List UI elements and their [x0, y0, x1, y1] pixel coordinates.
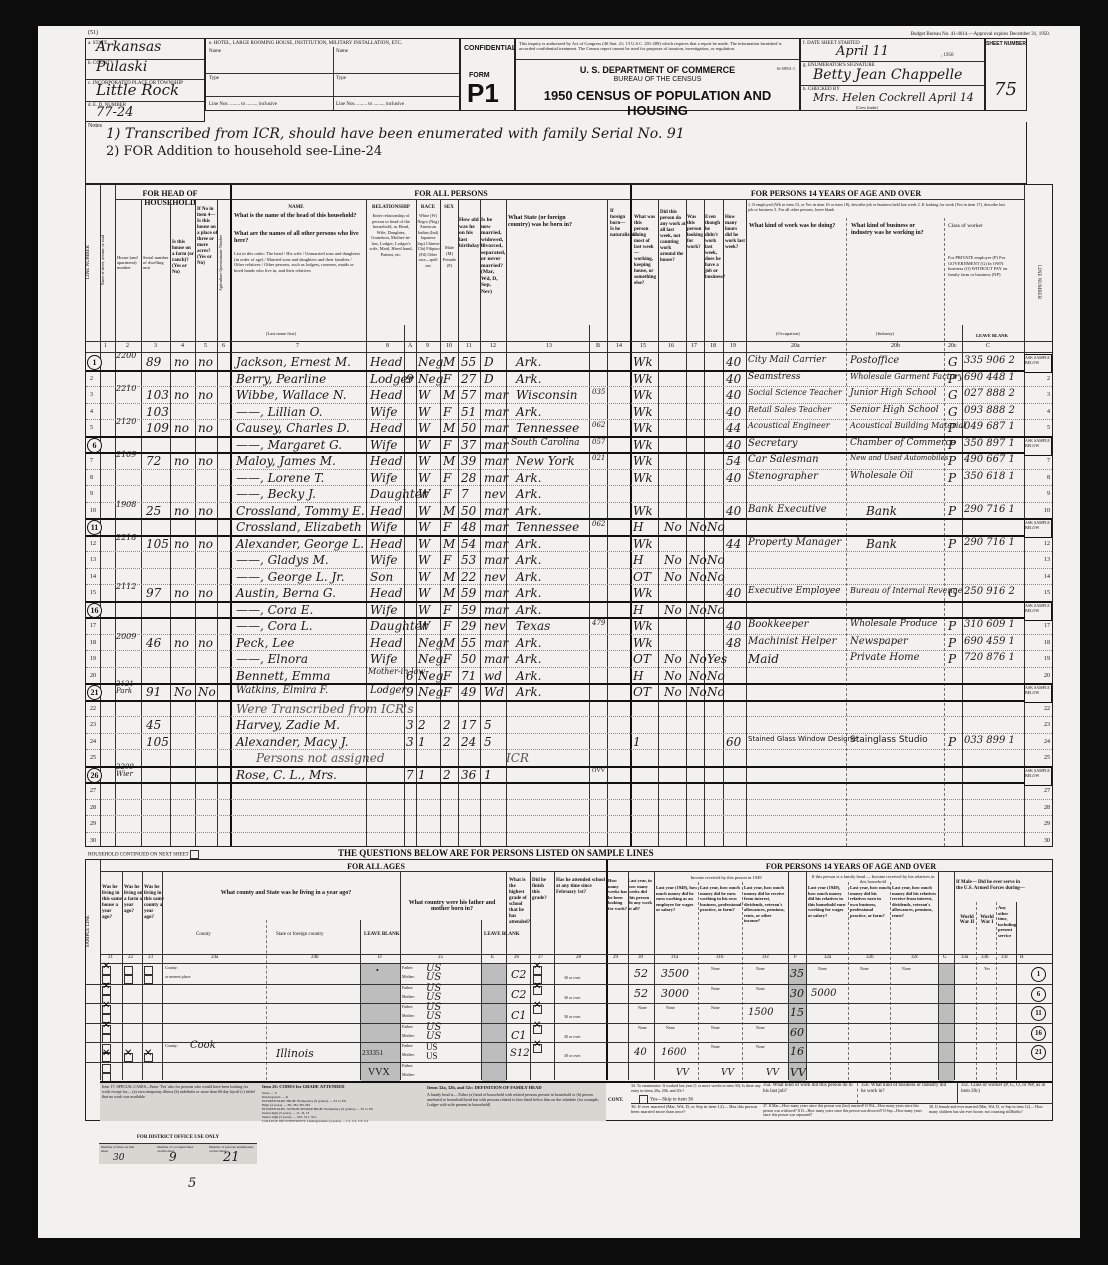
q21-yes-checkbox[interactable]: [102, 966, 111, 975]
family-head-def-box: Items 32a, 32b, and 32c: DEFINITION OF F…: [423, 1083, 606, 1121]
county-value: Cook: [190, 1040, 216, 1051]
q21-yes-checkbox[interactable]: [102, 1064, 111, 1073]
occupied-lines: 9: [169, 1150, 177, 1164]
sample-line-marker: 1: [87, 355, 102, 370]
note-line-1: 1) Transcribed from ICR, should have bee…: [106, 126, 685, 142]
rows-body: 1 2200 89 no no Jackson, Ernest M. Head …: [86, 353, 1052, 848]
household-continued-checkbox[interactable]: [190, 850, 199, 859]
table-row: 23 45 Harvey, Zadie M. 3 2 2 17 5 23: [86, 716, 1052, 734]
checked-by: Mrs. Helen Cockrell April 14: [813, 91, 974, 104]
table-row: 2 Berry, Pearline Lodger 9 Neg F 27 D Ar…: [86, 370, 1052, 388]
sheet-number: 75: [994, 79, 1017, 100]
table-row: 9 ——, Becky J. Daughter W F 7 nev Ark. 9: [86, 485, 1052, 503]
bureau: BUREAU OF THE CENSUS: [516, 76, 799, 83]
enumerator-signature: Betty Jean Chappelle: [813, 67, 962, 83]
q23-yes-checkbox[interactable]: [144, 966, 153, 975]
title-block: This inquiry is authorized by Act of Con…: [515, 38, 800, 111]
table-row: 19 ——, Elnora Wife Neg F 50 mar Ark. OT …: [86, 650, 1052, 668]
special-cases-box: Item 17: SPECIAL CASES—Enter 'Yes' also …: [100, 1083, 258, 1121]
sample-row: 11 Father: US Mother: US C1 30 or over N…: [86, 1003, 1052, 1024]
state-value: Arkansas: [96, 39, 161, 55]
q27-yes-checkbox[interactable]: [533, 1044, 542, 1053]
table-row: 13 ——, Gladys M. Wife W F 53 mar Ark. H …: [86, 551, 1052, 569]
sample-line-marker: 1: [1031, 967, 1046, 982]
household-continued: HOUSEHOLD CONTINUED ON NEXT SHEET: [88, 850, 201, 859]
confidential-label: CONFIDENTIAL: [464, 45, 516, 52]
sample-row: VVX Father: Mother: VV VV VV VV: [86, 1062, 1052, 1082]
grade-codes-box: Item 26: CODES for GRADE ATTENDED None —…: [258, 1083, 423, 1121]
sample-line-marker: 21: [87, 685, 102, 700]
sample-line-marker: 16: [1031, 1026, 1046, 1041]
census-sheet: (51) Budget Bureau No. 41-4614.—Approval…: [38, 26, 1080, 1238]
state-value: Illinois: [276, 1047, 314, 1060]
table-row: 7 2109 72 no no Maloy, James M. Head W M…: [86, 452, 1052, 470]
enumeration-block: f. DATE SHEET STARTED April 11 , 1950 g.…: [800, 38, 985, 111]
header-persons-14: FOR PERSONS 14 YEARS OF AGE AND OVER: [646, 189, 1026, 198]
grade-code-list: None — 0 Kindergarten — K ELEMENTARY, HI…: [262, 1091, 420, 1123]
tally-mark: 5: [188, 1176, 196, 1191]
table-row: 28 28: [86, 799, 1052, 817]
table-row: 22 Were Transcribed from ICR's 22: [86, 700, 1052, 718]
form-prefix: (51): [88, 30, 98, 37]
sample-row: 1 County: or nearest place: • Father: US…: [86, 964, 1052, 985]
notes-block: Notes 1) Transcribed from ICR, should ha…: [85, 122, 1027, 184]
sheet-number-block: SHEET NUMBER 75: [985, 38, 1027, 111]
q27-yes-checkbox[interactable]: [533, 966, 542, 975]
form-code: P1: [467, 79, 499, 107]
table-row: 27 27: [86, 782, 1052, 800]
person-name: Jackson, Ernest M.: [236, 355, 351, 369]
table-row: 18 2009 46 no no Peck, Lee Head Neg M 55…: [86, 634, 1052, 652]
table-row: 14 ——, George L. Jr. Son W M 22 nev Ark.…: [86, 568, 1052, 586]
sample-row: 21 County: Cook Illinois 233351 Father: …: [86, 1042, 1052, 1063]
note-line-2: 2) FOR Addition to household see-Line-24: [106, 144, 382, 159]
table-row: 3 2210 103 no no Wibbe, Wallace N. Head …: [86, 386, 1052, 404]
table-row: 30 30: [86, 832, 1052, 849]
sample-lines-title: THE QUESTIONS BELOW ARE FOR PERSONS LIST…: [338, 848, 654, 858]
table-row: 8 ——, Lorene T. Wife W F 28 mar Ark. Wk …: [86, 469, 1052, 487]
q21-yes-checkbox[interactable]: [102, 1005, 111, 1014]
persons-enumerated: 21: [223, 1150, 240, 1165]
q27-yes-checkbox[interactable]: [533, 1005, 542, 1014]
q27-yes-checkbox[interactable]: [533, 1025, 542, 1034]
place-value: Little Rock: [96, 81, 179, 99]
q27-yes-checkbox[interactable]: [533, 986, 542, 995]
hotel-block: e. HOTEL, LARGE ROOMING HOUSE, INSTITUTI…: [205, 38, 460, 111]
budget-note: Budget Bureau No. 41-4614.—Approval expi…: [911, 31, 1050, 38]
table-row: 29 29: [86, 815, 1052, 833]
sample-row: 6 Father: US Mother: US C2 30 or over 52…: [86, 984, 1052, 1005]
department: U. S. DEPARTMENT OF COMMERCE: [516, 65, 799, 75]
q22-yes-checkbox[interactable]: [124, 966, 133, 975]
form-title: 1950 CENSUS OF POPULATION AND HOUSING: [516, 88, 799, 118]
table-row: 24 105 Alexander, Macy J. 3 1 2 24 5 1 6…: [86, 733, 1052, 751]
sample-line-marker: 6: [87, 438, 102, 453]
table-row: 12 2218 105 no no Alexander, George L. H…: [86, 535, 1052, 553]
sample-rows: 1 County: or nearest place: • Father: US…: [86, 964, 1052, 1081]
sample-line-marker: 11: [1031, 1006, 1046, 1021]
main-table: FOR HEAD OF HOUSEHOLD FOR ALL PERSONS FO…: [85, 184, 1053, 847]
sample-line-marker: 6: [1031, 987, 1046, 1002]
sample-table: FOR ALL AGES FOR PERSONS 14 YEARS OF AGE…: [85, 859, 1053, 1121]
sample-line-marker: 26: [87, 768, 102, 783]
q21-yes-checkbox[interactable]: [102, 986, 111, 995]
form-id-block: CONFIDENTIAL FORM P1: [460, 38, 515, 111]
sample-line-marker: 16: [87, 603, 102, 618]
table-row: 4 103 ——, Lillian O. Wife W F 51 mar Ark…: [86, 403, 1052, 421]
location-block: a. STATE Arkansas b. COUNTY Pulaski c. I…: [85, 38, 205, 122]
ed-number: 77-24: [96, 105, 133, 120]
followup-questions: 34. To enumerator: If worked last year (…: [631, 1083, 1053, 1122]
header-all-persons: FOR ALL PERSONS: [286, 189, 616, 198]
lines-on-sheet: 30: [113, 1153, 124, 1163]
table-row: 17 ——, Cora L. Daughter W F 29 nev Texas…: [86, 617, 1052, 635]
authorization-text: This inquiry is authorized by Act of Con…: [519, 41, 789, 51]
sample-row: 16 Father: US Mother: US C1 30 or over N…: [86, 1023, 1052, 1044]
date-started: April 11: [836, 44, 889, 59]
sample-line-marker: 11: [87, 520, 102, 535]
q21-yes-checkbox[interactable]: [102, 1025, 111, 1034]
district-office-box: FOR DISTRICT OFFICE USE ONLY Number of l…: [99, 1143, 257, 1164]
sample-line-marker: 21: [1031, 1045, 1046, 1060]
county-value: Pulaski: [96, 59, 147, 75]
